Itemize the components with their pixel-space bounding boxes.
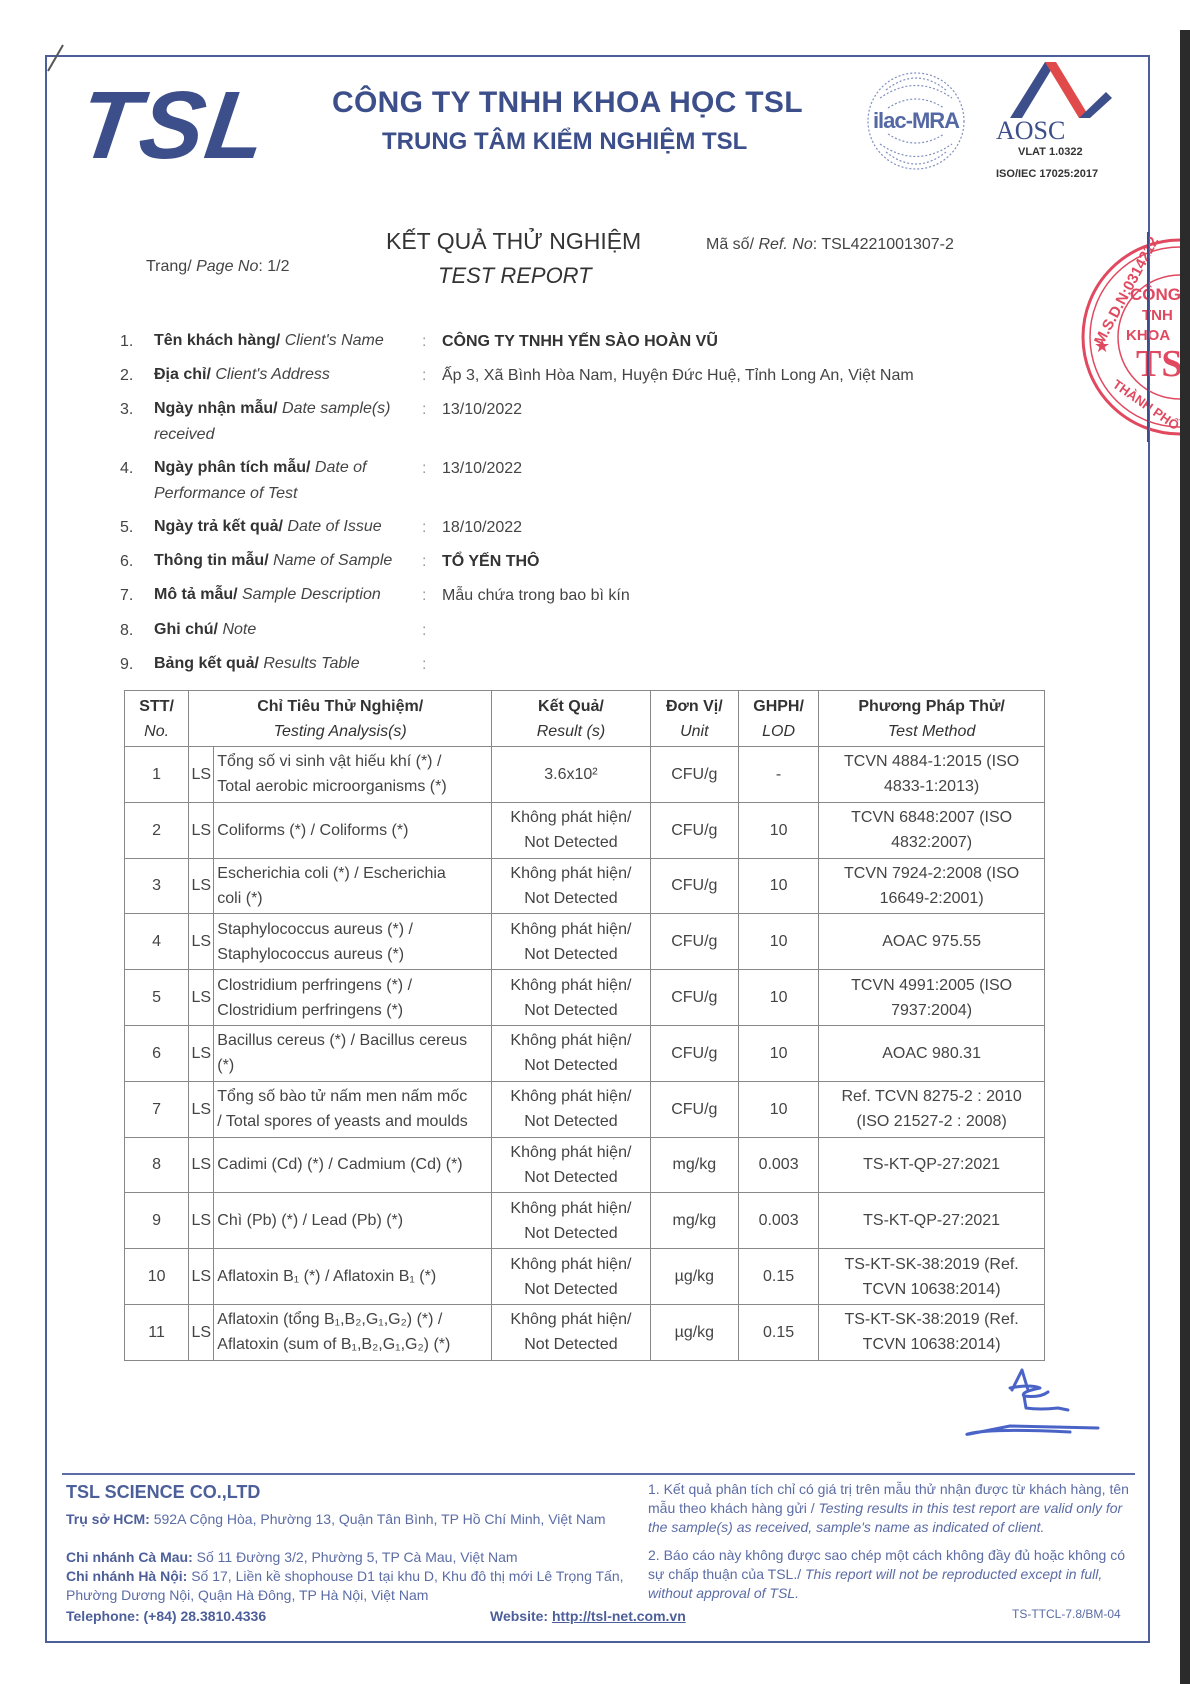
cell-unit: µg/kg xyxy=(650,1304,738,1360)
table-row: 7LSTổng số bào tử nấm men nấm mốc/ Total… xyxy=(125,1081,1045,1137)
cell-no: 4 xyxy=(125,914,189,970)
cell-method: TS-KT-SK-38:2019 (Ref.TCVN 10638:2014) xyxy=(819,1249,1045,1305)
cell-no: 10 xyxy=(125,1249,189,1305)
info-colon: : xyxy=(422,519,426,537)
cell-lab-code: LS xyxy=(189,1193,214,1249)
cell-lab-code: LS xyxy=(189,914,214,970)
cell-method: TCVN 6848:2007 (ISO4832:2007) xyxy=(819,802,1045,858)
header-result: Kết Quả/Result (s) xyxy=(492,691,651,747)
cell-method: AOAC 975.55 xyxy=(819,914,1045,970)
cell-lab-code: LS xyxy=(189,1081,214,1137)
cell-result: Không phát hiện/Not Detected xyxy=(492,858,651,914)
cell-analysis: Escherichia coli (*) / Escherichiacoli (… xyxy=(214,858,492,914)
footer-phone: Telephone: (+84) 28.3810.4336 xyxy=(66,1608,266,1624)
header-method: Phương Pháp Thử/Test Method xyxy=(819,691,1045,747)
cell-unit: CFU/g xyxy=(650,802,738,858)
cell-method: TS-KT-QP-27:2021 xyxy=(819,1137,1045,1193)
cell-analysis: Aflatoxin B₁ (*) / Aflatoxin B₁ (*) xyxy=(214,1249,492,1305)
cell-unit: CFU/g xyxy=(650,858,738,914)
scan-edge xyxy=(1180,30,1190,1684)
table-row: 9LSChì (Pb) (*) / Lead (Pb) (*)Không phá… xyxy=(125,1193,1045,1249)
footer-company: TSL SCIENCE CO.,LTD xyxy=(66,1482,260,1503)
table-row: 10LSAflatoxin B₁ (*) / Aflatoxin B₁ (*)K… xyxy=(125,1249,1045,1305)
page-label-vn: Trang/ xyxy=(146,258,196,275)
info-number: 8. xyxy=(120,622,140,640)
cell-no: 9 xyxy=(125,1193,189,1249)
company-stamp: M.S.D.N:0314212 CÔNG TNH KHOA TS ★ THÀNH… xyxy=(1070,220,1180,460)
cell-method: AOAC 980.31 xyxy=(819,1025,1045,1081)
cell-result: Không phát hiện/Not Detected xyxy=(492,1249,651,1305)
header-lod: GHPH/LOD xyxy=(738,691,818,747)
cell-analysis: Staphylococcus aureus (*) /Staphylococcu… xyxy=(214,914,492,970)
ilac-text: ilac-MRA xyxy=(866,108,966,134)
cell-analysis: Chì (Pb) (*) / Lead (Pb) (*) xyxy=(214,1193,492,1249)
company-name: CÔNG TY TNHH KHOA HỌC TSL xyxy=(332,86,803,120)
info-value: 18/10/2022 xyxy=(442,519,522,537)
cell-method: Ref. TCVN 8275-2 : 2010(ISO 21527-2 : 20… xyxy=(819,1081,1045,1137)
table-row: 11LSAflatoxin (tổng B₁,B₂,G₁,G₂) (*) /Af… xyxy=(125,1304,1045,1360)
cell-result: Không phát hiện/Not Detected xyxy=(492,1137,651,1193)
cell-method: TCVN 4884-1:2015 (ISO4833-1:2013) xyxy=(819,747,1045,803)
page-number: Trang/ Page No: 1/2 xyxy=(146,258,290,276)
info-number: 6. xyxy=(120,553,140,571)
cell-no: 7 xyxy=(125,1081,189,1137)
stamp-seal-icon: M.S.D.N:0314212 CÔNG TNH KHOA TS ★ THÀNH… xyxy=(1080,232,1180,460)
cell-unit: CFU/g xyxy=(650,970,738,1026)
info-colon: : xyxy=(422,656,426,674)
website-link[interactable]: http://tsl-net.com.vn xyxy=(552,1608,686,1624)
reference-number: Mã số/ Ref. No: TSL4221001307-2 xyxy=(706,236,954,254)
info-number: 1. xyxy=(120,333,140,351)
info-number: 9. xyxy=(120,656,140,674)
info-value: 13/10/2022 xyxy=(442,460,522,478)
table-row: 6LSBacillus cereus (*) / Bacillus cereus… xyxy=(125,1025,1045,1081)
cell-lod: - xyxy=(738,747,818,803)
cell-unit: CFU/g xyxy=(650,747,738,803)
table-header-row: STT/No. Chỉ Tiêu Thử Nghiệm/Testing Anal… xyxy=(125,691,1045,747)
cell-lab-code: LS xyxy=(189,1249,214,1305)
cell-unit: mg/kg xyxy=(650,1137,738,1193)
cell-no: 8 xyxy=(125,1137,189,1193)
info-colon: : xyxy=(422,587,426,605)
info-number: 3. xyxy=(120,401,140,419)
info-number: 7. xyxy=(120,587,140,605)
cell-unit: CFU/g xyxy=(650,914,738,970)
cell-unit: CFU/g xyxy=(650,1025,738,1081)
info-label: Địa chỉ/ Client's Address xyxy=(154,362,424,388)
info-label: Ngày phân tích mẫu/ Date of Performance … xyxy=(154,455,424,507)
header-no: STT/No. xyxy=(125,691,189,747)
info-value: TỔ YẾN THÔ xyxy=(442,553,540,571)
cell-lab-code: LS xyxy=(189,970,214,1026)
table-row: 4LSStaphylococcus aureus (*) /Staphyloco… xyxy=(125,914,1045,970)
cell-unit: µg/kg xyxy=(650,1249,738,1305)
footer-note-1: 1. Kết quả phân tích chỉ có giá trị trên… xyxy=(648,1480,1138,1537)
cell-result: Không phát hiện/Not Detected xyxy=(492,914,651,970)
cell-no: 3 xyxy=(125,858,189,914)
cell-lod: 10 xyxy=(738,858,818,914)
cell-result: Không phát hiện/Not Detected xyxy=(492,1304,651,1360)
aosc-iso: ISO/IEC 17025:2017 xyxy=(996,168,1098,180)
cell-lod: 0.003 xyxy=(738,1137,818,1193)
ilac-mra-logo: ilac-MRA xyxy=(866,68,966,174)
form-code: TS-TTCL-7.8/BM-04 xyxy=(1012,1607,1121,1621)
footer-hcm-address: Trụ sở HCM: 592A Cộng Hòa, Phường 13, Qu… xyxy=(66,1510,626,1529)
svg-text:TS: TS xyxy=(1136,343,1180,385)
info-colon: : xyxy=(422,460,426,478)
cell-unit: mg/kg xyxy=(650,1193,738,1249)
info-label: Ngày trả kết quả/ Date of Issue xyxy=(154,514,424,540)
page-label-en: Page No xyxy=(196,258,258,275)
svg-text:CÔNG: CÔNG xyxy=(1130,285,1180,304)
cell-lod: 10 xyxy=(738,1025,818,1081)
cell-lod: 10 xyxy=(738,802,818,858)
info-number: 2. xyxy=(120,367,140,385)
report-title-vn: KẾT QUẢ THỬ NGHIỆM xyxy=(386,228,641,255)
info-number: 4. xyxy=(120,460,140,478)
ref-value: : TSL4221001307-2 xyxy=(813,236,954,253)
tsl-logo: TSL xyxy=(73,78,274,174)
footer-divider xyxy=(62,1473,1135,1475)
info-value: CÔNG TY TNHH YẾN SÀO HOÀN VŨ xyxy=(442,333,718,351)
info-colon: : xyxy=(422,367,426,385)
table-row: 2LSColiforms (*) / Coliforms (*)Không ph… xyxy=(125,802,1045,858)
table-row: 5LSClostridium perfringens (*) /Clostrid… xyxy=(125,970,1045,1026)
header-analysis: Chỉ Tiêu Thử Nghiệm/Testing Analysis(s) xyxy=(189,691,492,747)
frame-line xyxy=(1147,232,1149,442)
cell-result: Không phát hiện/Not Detected xyxy=(492,1025,651,1081)
info-colon: : xyxy=(422,333,426,351)
cell-lab-code: LS xyxy=(189,1304,214,1360)
cell-analysis: Tổng số bào tử nấm men nấm mốc/ Total sp… xyxy=(214,1081,492,1137)
ref-label-vn: Mã số/ xyxy=(706,236,758,253)
cell-lab-code: LS xyxy=(189,747,214,803)
header-unit: Đơn Vị/Unit xyxy=(650,691,738,747)
info-colon: : xyxy=(422,553,426,571)
cell-method: TCVN 4991:2005 (ISO7937:2004) xyxy=(819,970,1045,1026)
info-label: Ngày nhận mẫu/ Date sample(s) received xyxy=(154,396,424,448)
info-label: Bảng kết quả/ Results Table xyxy=(154,651,424,677)
aosc-logo: AOSC VLAT 1.0322 ISO/IEC 17025:2017 xyxy=(990,60,1120,180)
info-label: Thông tin mẫu/ Name of Sample xyxy=(154,548,424,574)
cell-lod: 0.15 xyxy=(738,1304,818,1360)
cell-method: TCVN 7924-2:2008 (ISO16649-2:2001) xyxy=(819,858,1045,914)
info-colon: : xyxy=(422,401,426,419)
cell-result: 3.6x10² xyxy=(492,747,651,803)
cell-result: Không phát hiện/Not Detected xyxy=(492,802,651,858)
table-row: 1LSTổng số vi sinh vật hiếu khí (*) /Tot… xyxy=(125,747,1045,803)
cell-unit: CFU/g xyxy=(650,1081,738,1137)
page-value: : 1/2 xyxy=(258,258,289,275)
svg-text:★: ★ xyxy=(1094,336,1110,356)
aosc-vlat: VLAT 1.0322 xyxy=(1018,146,1083,158)
center-name: TRUNG TÂM KIỂM NGHIỆM TSL xyxy=(382,128,747,156)
cell-lab-code: LS xyxy=(189,858,214,914)
footer-hanoi-address: Chi nhánh Hà Nội: Số 17, Liền kề shophou… xyxy=(66,1567,626,1605)
cell-no: 6 xyxy=(125,1025,189,1081)
info-value: Ấp 3, Xã Bình Hòa Nam, Huyện Đức Huệ, Tỉ… xyxy=(442,367,914,385)
cell-analysis: Aflatoxin (tổng B₁,B₂,G₁,G₂) (*) /Aflato… xyxy=(214,1304,492,1360)
ref-label-en: Ref. No xyxy=(758,236,812,253)
signature xyxy=(950,1362,1120,1442)
info-label: Mô tả mẫu/ Sample Description xyxy=(154,582,424,608)
footer-note-2: 2. Báo cáo này không được sao chép một c… xyxy=(648,1546,1138,1603)
info-label: Ghi chú/ Note xyxy=(154,617,424,643)
footer-camau-address: Chi nhánh Cà Mau: Số 11 Đường 3/2, Phườn… xyxy=(66,1548,626,1567)
cell-lod: 10 xyxy=(738,1081,818,1137)
cell-lod: 10 xyxy=(738,970,818,1026)
report-title-en: TEST REPORT xyxy=(438,263,592,289)
cell-no: 11 xyxy=(125,1304,189,1360)
cell-lod: 0.15 xyxy=(738,1249,818,1305)
cell-method: TS-KT-QP-27:2021 xyxy=(819,1193,1045,1249)
results-table: STT/No. Chỉ Tiêu Thử Nghiệm/Testing Anal… xyxy=(124,690,1045,1361)
cell-result: Không phát hiện/Not Detected xyxy=(492,970,651,1026)
cell-no: 2 xyxy=(125,802,189,858)
cell-no: 1 xyxy=(125,747,189,803)
aosc-text: AOSC xyxy=(996,116,1065,146)
cell-lod: 0.003 xyxy=(738,1193,818,1249)
cell-lab-code: LS xyxy=(189,802,214,858)
table-row: 3LSEscherichia coli (*) / Escherichiacol… xyxy=(125,858,1045,914)
cell-no: 5 xyxy=(125,970,189,1026)
cell-result: Không phát hiện/Not Detected xyxy=(492,1193,651,1249)
cell-lab-code: LS xyxy=(189,1025,214,1081)
cell-analysis: Tổng số vi sinh vật hiếu khí (*) /Total … xyxy=(214,747,492,803)
info-value: 13/10/2022 xyxy=(442,401,522,419)
cell-method: TS-KT-SK-38:2019 (Ref.TCVN 10638:2014) xyxy=(819,1304,1045,1360)
footer-website: Website: http://tsl-net.com.vn xyxy=(490,1608,686,1624)
cell-analysis: Bacillus cereus (*) / Bacillus cereus(*) xyxy=(214,1025,492,1081)
info-colon: : xyxy=(422,622,426,640)
cell-analysis: Coliforms (*) / Coliforms (*) xyxy=(214,802,492,858)
cell-analysis: Clostridium perfringens (*) /Clostridium… xyxy=(214,970,492,1026)
info-label: Tên khách hàng/ Client's Name xyxy=(154,328,424,354)
cell-analysis: Cadimi (Cd) (*) / Cadmium (Cd) (*) xyxy=(214,1137,492,1193)
cell-lab-code: LS xyxy=(189,1137,214,1193)
cell-lod: 10 xyxy=(738,914,818,970)
info-number: 5. xyxy=(120,519,140,537)
table-row: 8LSCadimi (Cd) (*) / Cadmium (Cd) (*)Khô… xyxy=(125,1137,1045,1193)
cell-result: Không phát hiện/Not Detected xyxy=(492,1081,651,1137)
info-value: Mẫu chứa trong bao bì kín xyxy=(442,587,630,605)
